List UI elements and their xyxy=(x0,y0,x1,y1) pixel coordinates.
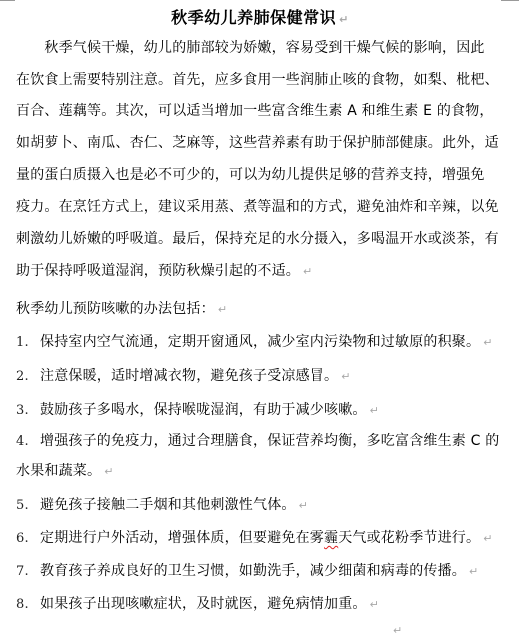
page-corner-mark-right xyxy=(501,0,519,1)
list-item-text: 避免孩子接触二手烟和其他刺激性气体。 xyxy=(40,497,296,513)
list-heading[interactable]: 秋季幼儿预防咳嗽的办法包括：↵ xyxy=(16,299,227,320)
list-heading-text: 秋季幼儿预防咳嗽的办法包括： xyxy=(16,301,215,317)
intro-line-5[interactable]: 量的蛋白质摄入也是必不可少的，可以为幼儿提供足够的营养支持，增强免 xyxy=(16,165,485,185)
list-number: 3. xyxy=(16,401,40,421)
list-item-text: 教育孩子养成良好的卫生习惯，如勤洗手，减少细菌和病毒的传播。 xyxy=(40,563,466,579)
paragraph-mark-icon: ↵ xyxy=(104,465,113,478)
list-item-6[interactable]: 6.定期进行户外活动，增强体质，但要避免在雾霾天气或花粉季节进行。↵ xyxy=(16,528,493,549)
list-number: 6. xyxy=(16,529,40,549)
paragraph-mark-icon: ↵ xyxy=(299,499,308,512)
list-item-text: 如果孩子出现咳嗽症状，及时就医，避免病情加重。 xyxy=(40,596,367,612)
list-item-text: 鼓励孩子多喝水，保持喉咙湿润，有助于减少咳嗽。 xyxy=(40,402,367,418)
list-item-7[interactable]: 7.教育孩子养成良好的卫生习惯，如勤洗手，减少细菌和病毒的传播。↵ xyxy=(16,561,478,582)
intro-line-8[interactable]: 助于保持呼吸道湿润，预防秋燥引起的不适。↵ xyxy=(16,261,312,282)
list-item-8[interactable]: 8.如果孩子出现咳嗽症状，及时就医，避免病情加重。↵ xyxy=(16,594,379,615)
list-item-text: 定期进行户外活动，增强体质，但要避免在雾 xyxy=(40,530,324,546)
intro-line-2[interactable]: 在饮食上需要特别注意。首先，应多食用一些润肺止咳的食物，如梨、枇杷、 xyxy=(16,70,499,90)
list-number: 1. xyxy=(16,333,40,353)
paragraph-mark-icon: ↵ xyxy=(339,13,349,26)
line-text: 百合、莲藕等。其次，可以适当增加一些富含维生素 A 和维生素 E 的食物， xyxy=(16,103,494,119)
list-item-text: 增强孩子的免疫力，通过合理膳食，保证营养均衡，多吃富含维生素 C 的 xyxy=(40,433,499,449)
list-item-2[interactable]: 2.注意保暖，适时增减衣物，避免孩子受凉感冒。↵ xyxy=(16,366,351,387)
list-item-4[interactable]: 4.增强孩子的免疫力，通过合理膳食，保证营养均衡，多吃富含维生素 C 的 xyxy=(16,431,499,452)
paragraph-mark-icon: ↵ xyxy=(469,565,478,578)
list-number: 8. xyxy=(16,595,40,615)
list-item-5[interactable]: 5.避免孩子接触二手烟和其他刺激性气体。↵ xyxy=(16,495,308,516)
list-number: 7. xyxy=(16,562,40,582)
list-item-text: 注意保暖，适时增减衣物，避免孩子受凉感冒。 xyxy=(40,368,338,384)
line-text: 刺激幼儿娇嫩的呼吸道。最后，保持充足的水分摄入，多喝温开水或淡茶，有 xyxy=(16,231,499,247)
intro-line-4[interactable]: 如胡萝卜、南瓜、杏仁、芝麻等，这些营养素有助于保护肺部健康。此外，适 xyxy=(16,133,499,153)
paragraph-mark-icon: ↵ xyxy=(218,303,227,316)
intro-line-1[interactable]: 秋季气候干燥，幼儿的肺部较为娇嫩，容易受到干燥气候的影响，因此 xyxy=(16,38,485,58)
list-item-text: 天气或花粉季节进行。 xyxy=(338,530,480,546)
line-text: 在饮食上需要特别注意。首先，应多食用一些润肺止咳的食物，如梨、枇杷、 xyxy=(16,72,499,88)
intro-line-3[interactable]: 百合、莲藕等。其次，可以适当增加一些富含维生素 A 和维生素 E 的食物， xyxy=(16,101,494,121)
line-text: 助于保持呼吸道湿润，预防秋燥引起的不适。 xyxy=(16,263,300,279)
list-item-4-continuation[interactable]: 水果和蔬菜。↵ xyxy=(16,461,114,482)
list-number: 5. xyxy=(16,496,40,516)
line-text: 秋季气候干燥，幼儿的肺部较为娇嫩，容易受到干燥气候的影响，因此 xyxy=(16,40,485,56)
line-text: 如胡萝卜、南瓜、杏仁、芝麻等，这些营养素有助于保护肺部健康。此外，适 xyxy=(16,135,499,151)
paragraph-mark-icon: ↵ xyxy=(483,336,492,349)
list-number: 2. xyxy=(16,367,40,387)
list-item-text: 水果和蔬菜。 xyxy=(16,463,101,479)
document-title[interactable]: 秋季幼儿养肺保健常识↵ xyxy=(16,6,504,32)
paragraph-mark-icon: ↵ xyxy=(370,404,379,417)
intro-line-7[interactable]: 刺激幼儿娇嫩的呼吸道。最后，保持充足的水分摄入，多喝温开水或淡茶，有 xyxy=(16,229,499,249)
paragraph-mark-icon: ↵ xyxy=(393,624,402,637)
page-corner-mark-left xyxy=(0,0,15,1)
list-item-1[interactable]: 1.保持室内空气流通，定期开窗通风，减少室内污染物和过敏原的积聚。↵ xyxy=(16,332,493,353)
line-text: 疫力。在烹饪方式上，建议采用蒸、煮等温和的方式，避免油炸和辛辣，以免 xyxy=(16,199,499,215)
intro-line-6[interactable]: 疫力。在烹饪方式上，建议采用蒸、煮等温和的方式，避免油炸和辛辣，以免 xyxy=(16,197,499,217)
title-text: 秋季幼儿养肺保健常识 xyxy=(171,8,336,27)
paragraph-mark-icon: ↵ xyxy=(370,598,379,611)
paragraph-mark-icon: ↵ xyxy=(341,370,350,383)
list-number: 4. xyxy=(16,432,40,452)
paragraph-mark-icon: ↵ xyxy=(483,532,492,545)
list-item-3[interactable]: 3.鼓励孩子多喝水，保持喉咙湿润，有助于减少咳嗽。↵ xyxy=(16,400,379,421)
paragraph-mark-icon: ↵ xyxy=(303,265,312,278)
line-text: 量的蛋白质摄入也是必不可少的，可以为幼儿提供足够的营养支持，增强免 xyxy=(16,167,485,183)
spellcheck-flagged-word[interactable]: 霾 xyxy=(324,530,338,546)
list-item-text: 保持室内空气流通，定期开窗通风，减少室内污染物和过敏原的积聚。 xyxy=(40,334,480,350)
